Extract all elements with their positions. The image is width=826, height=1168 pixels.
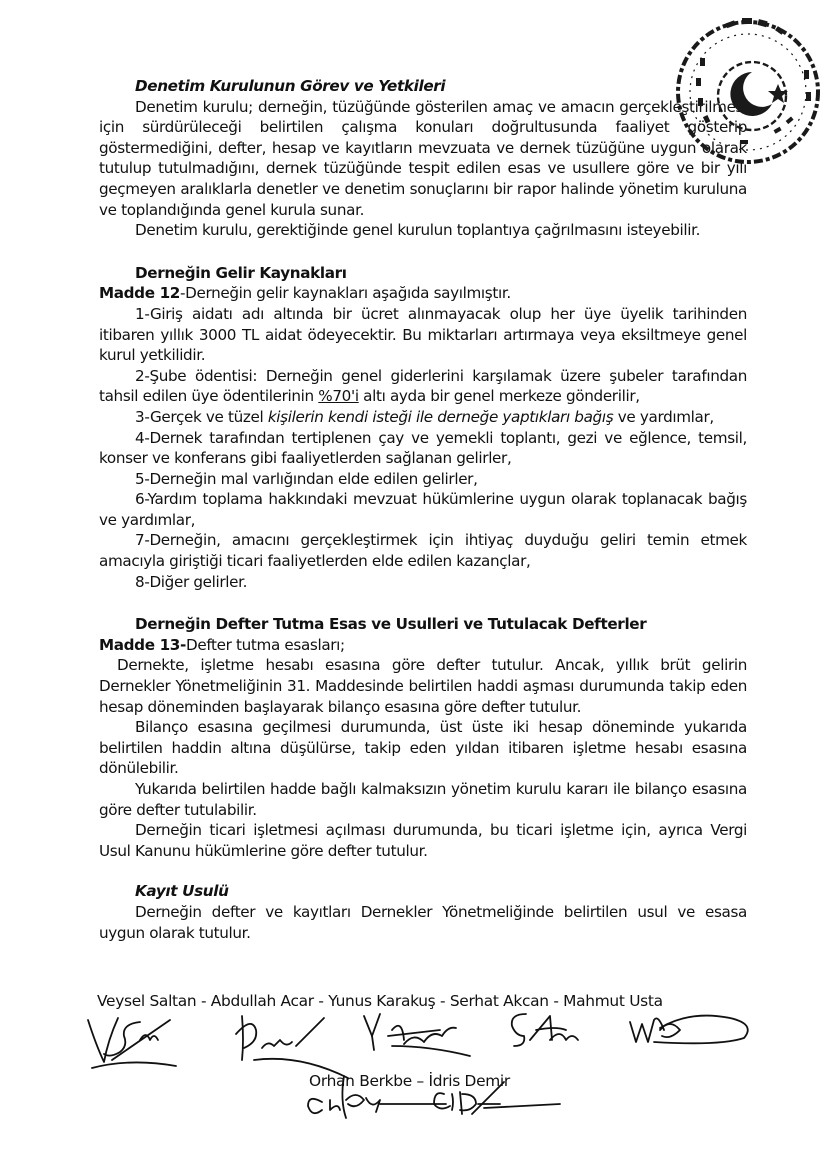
signature-serhat-akcan — [512, 1014, 578, 1046]
signature-idris-demir — [434, 1082, 560, 1114]
signature-yunus-karakus — [364, 1014, 470, 1056]
signatures-and-stamp — [0, 0, 826, 1168]
signature-orhan-berkbe — [308, 1076, 446, 1118]
document-page: Denetim Kurulunun Görev ve Yetkileri Den… — [0, 0, 826, 1168]
official-stamp — [678, 18, 818, 162]
signature-abdullah-acar — [236, 1016, 348, 1078]
signature-veysel-saltan — [88, 1018, 176, 1068]
signature-mahmut-usta — [630, 1016, 748, 1044]
crescent-icon — [730, 72, 772, 116]
